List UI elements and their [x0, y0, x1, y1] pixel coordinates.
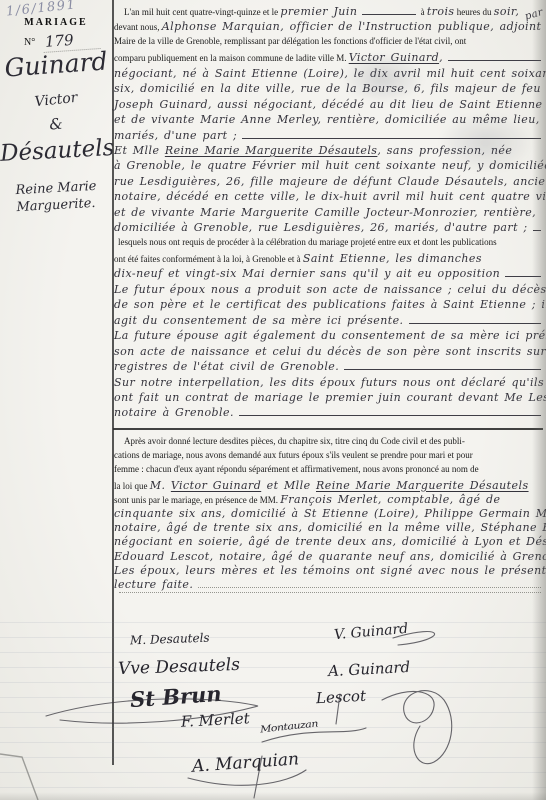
- text-segment: lesquels nous ont requis de procéder à l…: [118, 237, 497, 247]
- text-segment: à: [418, 7, 427, 17]
- act-line: lesquels nous ont requis de procéder à l…: [114, 237, 543, 252]
- act-line: négociant, né à Saint Etienne (Loire), l…: [114, 67, 543, 82]
- act-line: et de vivante Marie Anne Merley, rentièr…: [114, 113, 543, 128]
- rule-fill: [242, 138, 541, 139]
- text-segment: et Mlle: [261, 479, 316, 492]
- text-segment: Reine Marie Marguerite Désautels: [165, 144, 378, 157]
- margin-bride-firstnames-2: Marguerite.: [0, 195, 112, 216]
- act-line: Après avoir donné lecture desdites pièce…: [114, 436, 543, 450]
- text-segment: Victor Guinard: [349, 51, 439, 64]
- signature-bride: M. Desautels: [130, 631, 210, 648]
- act-line: négociant en soierie, âgé de trente deux…: [114, 535, 543, 549]
- text-segment: Les époux, leurs mères et les témoins on…: [114, 564, 546, 577]
- text-segment: Joseph Guinard, aussi négociant, décédé …: [114, 98, 543, 111]
- act-line: Et Mlle Reine Marie Marguerite Désautels…: [114, 144, 543, 159]
- act-line: Edouard Lescot, notaire, âgé de quarante…: [114, 550, 543, 564]
- act-line: [114, 592, 543, 606]
- text-segment: la loi que: [114, 481, 150, 491]
- text-segment: Maire de la ville de Grenoble, remplissa…: [114, 36, 466, 46]
- text-segment: Sur notre interpellation, les dits époux…: [114, 376, 544, 389]
- act-line: Maire de la ville de Grenoble, remplissa…: [114, 36, 543, 51]
- signature-groom: V. Guinard: [333, 621, 408, 643]
- text-segment: Et Mlle: [114, 144, 165, 157]
- text-segment: Saint Etienne, les dimanches: [303, 252, 482, 265]
- text-segment: domiciliée à Grenoble, rue Lesdiguières,…: [114, 221, 528, 234]
- text-segment: L'an mil huit cent quatre-vingt-quinze e…: [124, 7, 280, 17]
- text-segment: Après avoir donné lecture desdites pièce…: [124, 436, 465, 446]
- act-paragraph-2: Après avoir donné lecture desdites pièce…: [114, 436, 543, 606]
- act-line: notaire, âgé de trente six ans, domicili…: [114, 521, 543, 535]
- text-segment: de son père et le certificat des publica…: [114, 298, 546, 311]
- text-segment: registres de l'état civil de Grenoble.: [114, 360, 339, 373]
- text-segment: et de vivante Marie Anne Merley, rentièr…: [114, 113, 540, 126]
- text-segment: Reine Marie Marguerite Désautels: [316, 479, 529, 492]
- act-line: six, domicilié en la dite ville, rue de …: [114, 82, 543, 97]
- signature-officer: A. Marquian: [191, 749, 299, 776]
- text-segment: premier Juin: [280, 5, 357, 18]
- text-segment: ont fait un contrat de mariage le premie…: [114, 391, 546, 404]
- text-segment: notaire, âgé de trente six ans, domicili…: [114, 521, 546, 534]
- text-segment: son acte de naissance et celui du décès …: [114, 345, 546, 358]
- signature-witness-lescot: Lescot: [316, 687, 367, 708]
- act-paragraph-1: L'an mil huit cent quatre-vingt-quinze e…: [114, 5, 543, 422]
- act-line: agit du consentement de sa mère ici prés…: [114, 314, 543, 329]
- text-segment: La future épouse agit également du conse…: [114, 329, 546, 342]
- page-right-edge-shadow: [532, 0, 546, 800]
- act-line: L'an mil huit cent quatre-vingt-quinze e…: [114, 5, 543, 20]
- page-bottom-edge-shadow: [0, 792, 546, 800]
- act-line: lecture faite.: [114, 578, 543, 592]
- text-segment: Alphonse Marquian, officier de l'Instruc…: [162, 20, 546, 33]
- text-segment: trois: [427, 5, 455, 18]
- signature-witness-merlet: F. Merlet: [181, 709, 251, 731]
- act-line: de son père et le certificat des publica…: [114, 298, 543, 313]
- text-segment: sont unis par le mariage, en présence de…: [114, 495, 280, 505]
- rule-fill: [198, 587, 541, 588]
- rule-fill: [362, 14, 416, 15]
- text-segment: Edouard Lescot, notaire, âgé de quarante…: [114, 550, 546, 563]
- act-line: comparu publiquement en la maison commun…: [114, 51, 543, 66]
- act-line: Le futur époux nous a produit son acte d…: [114, 283, 543, 298]
- marriage-act-page: 1/6/1891 MARIAGE N° 179 Guinard Victor &…: [0, 0, 546, 800]
- act-number-label: N°: [24, 37, 35, 48]
- act-line: femme : chacun d'eux ayant répondu sépar…: [114, 464, 543, 478]
- text-segment: lecture faite.: [114, 578, 193, 591]
- margin-ampersand: &: [0, 110, 113, 138]
- act-line: domiciliée à Grenoble, rue Lesdiguières,…: [114, 221, 543, 236]
- text-segment: femme : chacun d'eux ayant répondu sépar…: [114, 464, 479, 474]
- act-line: et de vivante Marie Marguerite Camille J…: [114, 206, 543, 221]
- text-segment: Victor Guinard: [171, 479, 261, 492]
- rule-fill: [239, 415, 541, 416]
- text-segment: ont été faites conformément à la loi, à …: [114, 254, 303, 264]
- act-line: registres de l'état civil de Grenoble.: [114, 360, 543, 375]
- rule-fill: [409, 323, 541, 324]
- signature-groom-mother: A. Guinard: [328, 658, 411, 680]
- paragraph-separator-rule: [113, 428, 543, 430]
- act-line: la loi que M. Victor Guinard et Mlle Rei…: [114, 479, 543, 493]
- text-segment: à Grenoble, le quatre Février mil huit c…: [114, 159, 546, 172]
- text-segment: devant nous,: [114, 22, 162, 32]
- margin-heading: MARIAGE: [0, 17, 112, 28]
- text-segment: heures du: [455, 7, 494, 17]
- act-line: notaire à Grenoble.: [114, 406, 543, 421]
- text-segment: Le futur époux nous a produit son acte d…: [114, 283, 546, 296]
- text-segment: ,: [439, 51, 443, 64]
- text-segment: cinquante six ans, domicilié à St Etienn…: [114, 507, 546, 520]
- act-line: La future épouse agit également du conse…: [114, 329, 543, 344]
- act-line: rue Lesdiguières, 26, fille majeure de d…: [114, 175, 543, 190]
- act-line: Joseph Guinard, aussi négociant, décédé …: [114, 98, 543, 113]
- rule-fill: [119, 592, 541, 593]
- text-segment: soir,: [494, 5, 520, 18]
- margin-groom-surname: Guinard: [0, 46, 113, 83]
- text-segment: M.: [150, 479, 171, 492]
- text-segment: négociant en soierie, âgé de trente deux…: [114, 535, 546, 548]
- act-line: ont fait un contrat de mariage le premie…: [114, 391, 543, 406]
- act-line: Les époux, leurs mères et les témoins on…: [114, 564, 543, 578]
- text-segment: François Merlet, comptable, âgé de: [280, 493, 500, 506]
- act-line: sont unis par le mariage, en présence de…: [114, 493, 543, 507]
- signature-bride-mother: Vve Desautels: [118, 655, 241, 679]
- act-line: à Grenoble, le quatre Février mil huit c…: [114, 159, 543, 174]
- text-segment: six, domicilié en la dite ville, rue de …: [114, 82, 541, 95]
- text-segment: notaire, décédé en cette ville, le dix-h…: [114, 190, 546, 203]
- act-line: cations de mariage, nous avons demandé a…: [114, 450, 543, 464]
- act-line: cinquante six ans, domicilié à St Etienn…: [114, 507, 543, 521]
- margin-groom-firstname: Victor: [0, 86, 113, 114]
- text-segment: rue Lesdiguières, 26, fille majeure de d…: [114, 175, 546, 188]
- act-line: Sur notre interpellation, les dits époux…: [114, 376, 543, 391]
- text-segment: négociant, né à Saint Etienne (Loire), l…: [114, 67, 546, 80]
- act-line: mariés, d'une part ;: [114, 129, 543, 144]
- text-segment: comparu publiquement en la maison commun…: [114, 53, 349, 63]
- text-segment: dix-neuf et vingt-six Mai dernier sans q…: [114, 267, 500, 280]
- act-line: dix-neuf et vingt-six Mai dernier sans q…: [114, 267, 543, 282]
- margin-bride-surname: Désautels: [0, 135, 113, 167]
- text-segment: cations de mariage, nous avons demandé a…: [114, 450, 473, 460]
- act-line: son acte de naissance et celui du décès …: [114, 345, 543, 360]
- signature-witness-montauzan: Montauzan: [260, 718, 319, 735]
- rule-fill: [344, 369, 541, 370]
- act-line: devant nous, Alphonse Marquian, officier…: [114, 20, 543, 35]
- text-segment: et de vivante Marie Marguerite Camille J…: [114, 206, 536, 219]
- text-segment: mariés, d'une part ;: [114, 129, 237, 142]
- signature-block: M. DesautelsV. GuinardVve DesautelsA. Gu…: [0, 608, 546, 800]
- act-line: ont été faites conformément à la loi, à …: [114, 252, 543, 267]
- rule-fill: [448, 60, 541, 61]
- act-line: notaire, décédé en cette ville, le dix-h…: [114, 190, 543, 205]
- text-segment: , sans profession, née: [377, 144, 512, 157]
- signature-witness-brun: St Brun: [129, 681, 222, 712]
- text-segment: notaire à Grenoble.: [114, 406, 234, 419]
- text-segment: agit du consentement de sa mère ici prés…: [114, 314, 404, 327]
